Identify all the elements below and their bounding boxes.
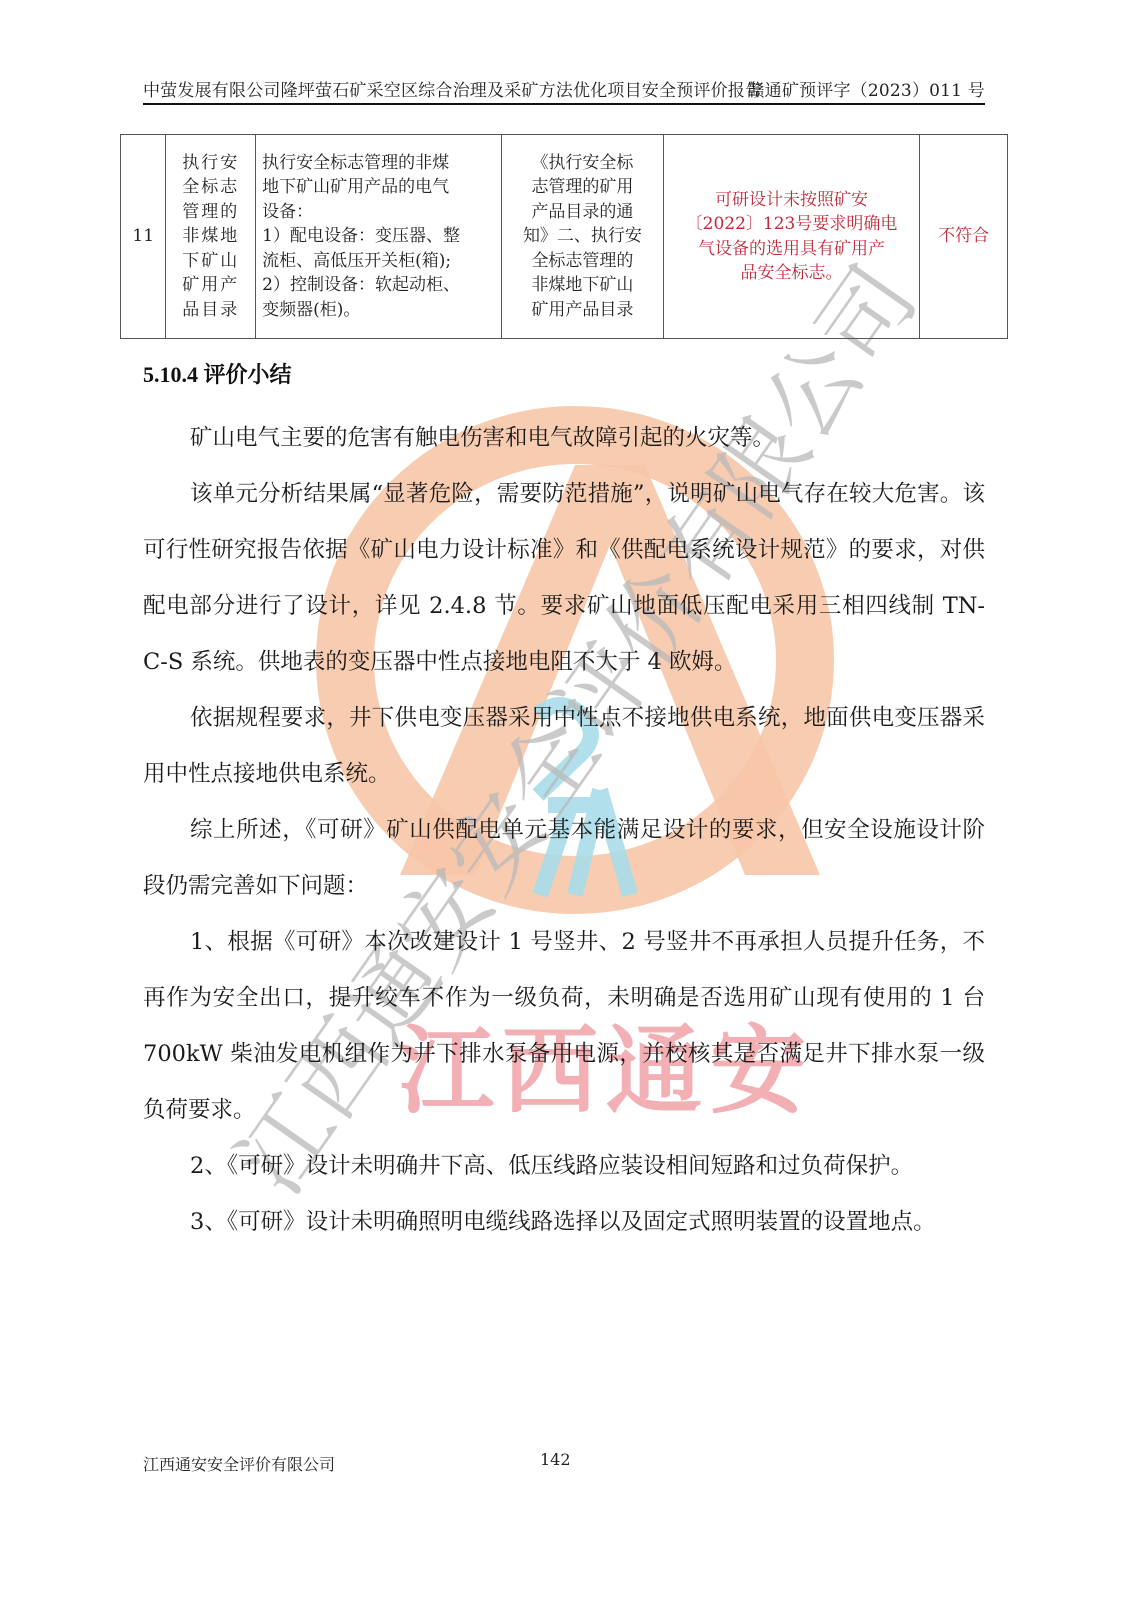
result-cell: 不符合: [920, 135, 1008, 339]
text-line: 全标志管理的: [508, 249, 657, 274]
evaluation-table: 11 执行安 全标志 管理的 非煤地 下矿山 矿用产 品目录 执行安全标志管理的…: [120, 134, 1008, 339]
text-line: 2）控制设备：软起动柜、: [262, 273, 495, 298]
text-line: 变频器(柜)。: [262, 298, 495, 323]
text-line: 品目录: [172, 298, 249, 323]
text-line: 矿用产: [172, 273, 249, 298]
text-line: 产品目录的通: [508, 200, 657, 225]
section-body: 矿山电气主要的危害有触电伤害和电气故障引起的火灾等。 该单元分析结果属“显著危险…: [143, 410, 985, 1250]
text-line: 全标志: [172, 175, 249, 200]
text-line: 知》二、执行安: [508, 224, 657, 249]
text-line: 品安全标志。: [670, 261, 914, 286]
finding-cell: 可研设计未按照矿安 〔2022〕123号要求明确电 气设备的选用具有矿用产 品安…: [663, 135, 920, 339]
header-rule: [143, 103, 985, 105]
paragraph: 综上所述，《可研》矿山供配电单元基本能满足设计的要求，但安全设施设计阶段仍需完善…: [143, 802, 985, 914]
text-line: 可研设计未按照矿安: [670, 188, 914, 213]
text-line: 1）配电设备：变压器、整: [262, 224, 495, 249]
text-line: 设备：: [262, 200, 495, 225]
text-line: 地下矿山矿用产品的电气: [262, 175, 495, 200]
text-line: 非煤地: [172, 224, 249, 249]
text-line: 管理的: [172, 200, 249, 225]
basis-cell: 《执行安全标 志管理的矿用 产品目录的通 知》二、执行安 全标志管理的 非煤地下…: [502, 135, 664, 339]
text-line: 下矿山: [172, 249, 249, 274]
check-content-cell: 执行安全标志管理的非煤 地下矿山矿用产品的电气 设备： 1）配电设备：变压器、整…: [256, 135, 502, 339]
paragraph: 依据规程要求，井下供电变压器采用中性点不接地供电系统，地面供电变压器采用中性点接…: [143, 690, 985, 802]
text-line: 流柜、高低压开关柜(箱);: [262, 249, 495, 274]
report-title: 中萤发展有限公司隆坪萤石矿采空区综合治理及采矿方法优化项目安全预评价报告: [143, 81, 762, 101]
paragraph: 2、《可研》设计未明确井下高、低压线路应装设相间短路和过负荷保护。: [143, 1138, 985, 1194]
page-number: 142: [540, 1450, 571, 1469]
running-header: 中萤发展有限公司隆坪萤石矿采空区综合治理及采矿方法优化项目安全预评价报告 赣通矿…: [143, 76, 985, 101]
table-row: 11 执行安 全标志 管理的 非煤地 下矿山 矿用产 品目录 执行安全标志管理的…: [121, 135, 1008, 339]
footer-company: 江西通安安全评价有限公司: [143, 1452, 335, 1475]
text-line: 非煤地下矿山: [508, 273, 657, 298]
text-line: 执行安全标志管理的非煤: [262, 151, 495, 176]
text-line: 《执行安全标: [508, 151, 657, 176]
check-item-cell: 执行安 全标志 管理的 非煤地 下矿山 矿用产 品目录: [166, 135, 256, 339]
text-line: 气设备的选用具有矿用产: [670, 237, 914, 262]
text-line: 〔2022〕123号要求明确电: [670, 212, 914, 237]
document-number: 赣通矿预评字（2023）011 号: [747, 76, 985, 101]
text-line: 志管理的矿用: [508, 175, 657, 200]
text-line: 矿用产品目录: [508, 298, 657, 323]
paragraph: 1、根据《可研》本次改建设计 1 号竖井、2 号竖井不再承担人员提升任务，不再作…: [143, 914, 985, 1138]
text-line: 执行安: [172, 151, 249, 176]
paragraph: 该单元分析结果属“显著危险，需要防范措施”，说明矿山电气存在较大危害。该可行性研…: [143, 466, 985, 690]
paragraph: 3、《可研》设计未明确照明电缆线路选择以及固定式照明装置的设置地点。: [143, 1194, 985, 1250]
section-heading: 5.10.4 评价小结: [143, 358, 292, 389]
row-number: 11: [121, 135, 166, 339]
paragraph: 矿山电气主要的危害有触电伤害和电气故障引起的火灾等。: [143, 410, 985, 466]
